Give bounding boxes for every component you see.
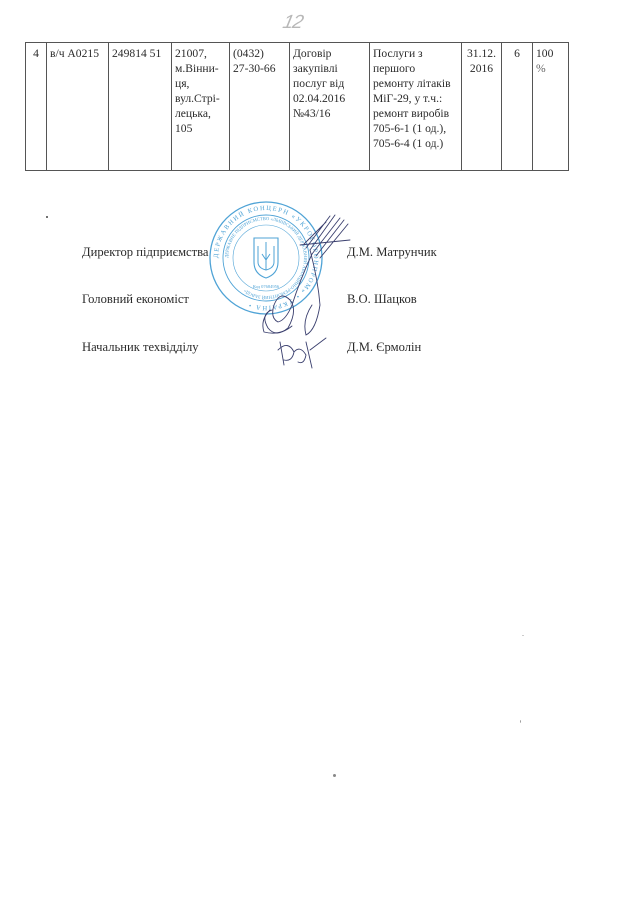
contracts-table: 4 в/ч А0215 249814 51 21007, м.Вінни- ця…: [25, 42, 569, 171]
cell-service-description: Послуги з першого ремонту літаків МіГ-29…: [370, 43, 462, 171]
cell-edrpou-code: 249814 51: [109, 43, 172, 171]
signatory-row: Головний економіст: [82, 292, 189, 307]
cell-contract: Договір закупівлі послуг від 02.04.2016 …: [290, 43, 370, 171]
cell-military-unit: в/ч А0215: [47, 43, 109, 171]
handwritten-page-number: 12: [281, 12, 305, 34]
signatory-position: Начальник техвідділу: [82, 340, 199, 354]
cell-phone: (0432) 27-30-66: [230, 43, 290, 171]
signatory-row: Директор підприємства: [82, 245, 209, 260]
signatory-name: В.О. Шацков: [347, 292, 417, 307]
cell-quantity: 6: [502, 43, 533, 171]
signatory-position: Головний економіст: [82, 292, 189, 306]
signatory-name: Д.М. Єрмолін: [347, 340, 421, 355]
cell-row-number: 4: [26, 43, 47, 171]
scan-speck: [520, 720, 521, 723]
signatory-row: Начальник техвідділу: [82, 340, 199, 355]
table-row: 4 в/ч А0215 249814 51 21007, м.Вінни- ця…: [26, 43, 569, 171]
cell-date: 31.12. 2016: [462, 43, 502, 171]
scan-speck: [522, 635, 524, 636]
cell-address: 21007, м.Вінни- ця, вул.Стрі- лецька, 10…: [172, 43, 230, 171]
signatory-position: Директор підприємства: [82, 245, 209, 259]
signatory-name: Д.М. Матрунчик: [347, 245, 437, 260]
scan-speck: [333, 774, 336, 777]
scan-speck: [46, 216, 48, 218]
cell-percent: 100 %: [533, 43, 569, 171]
handwritten-signatures: [240, 210, 360, 370]
